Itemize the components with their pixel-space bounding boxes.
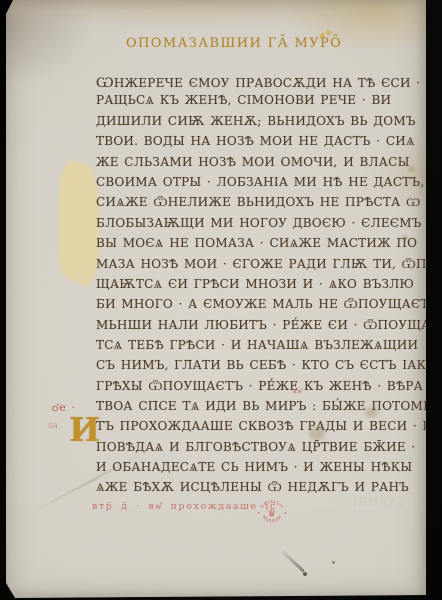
ink-dot bbox=[303, 572, 307, 576]
text-line: ТСѦ ТЕБѢ ГРѢСИ · И НАЧАШѦ ВЪЗЛЕЖѦЩИИ bbox=[96, 338, 408, 358]
speck bbox=[332, 561, 335, 564]
glue-stain bbox=[58, 160, 100, 288]
gilded-initial-letter: И bbox=[69, 413, 100, 446]
parchment-leaf: ОПОМАЗАВШИИ ГА̄ МУРО̑ ѠНЖЕРЕЧЕ ЄМОУ ПРАВ… bbox=[6, 0, 426, 598]
text-line: ГРѢХЫ ѾПОУЩАЄТЪ · РЕ́ЖЕ КЪ ЖЕНѢ · ВѢРА bbox=[96, 379, 408, 399]
chapter-heading: ОПОМАЗАВШИИ ГА̄ МУРО̑ bbox=[126, 36, 342, 51]
crown-icon: ♛ bbox=[267, 509, 277, 520]
ink-pen-trial bbox=[281, 550, 305, 573]
lection-end-gloss: кѡ̑ bbox=[293, 387, 302, 395]
text-line: БЛОБЫЗАѬЩИ МИ НОГОУ ДВОЄЮ · ЄЛЕЄМЪ ГЛА bbox=[96, 216, 408, 236]
text-line: МЬНШИ НАЛИ ЛЮБИТЪ · РЕ́ЖЕ ЄИ · ѾПОУЩАѬ bbox=[96, 318, 408, 338]
lection-rubric: втр̄ д̄ · вѡ̑ прохождааше іс̄ bbox=[92, 501, 277, 512]
text-line: ТЪ ПРОХОЖДААШЕ СКВОЗѢ ГРАДЫ И ВЕСИ · ПРО bbox=[96, 419, 408, 439]
text-line: СЪ НИМЪ, ГЛ̄АТИ ВЬ СЕБѢ · КТО СЪ ЄСТЪ ІА… bbox=[96, 358, 408, 378]
text-line: БИ МНОГО · А ЄМОУЖЕ МАЛЬ НЕ ѾПОУЩАЄТСѦ bbox=[96, 297, 408, 317]
text-line: ДИШИЛИ СИѬ ЖЕНѪ; ВЬНИДОХЪ ВЬ ДОМЪ bbox=[96, 114, 408, 134]
text-line: МАЗА НОЗѢ МОИ · ЄГОЖЕ РАДИ ГЛ̄Ѭ ТИ, ѾПОУ bbox=[96, 257, 408, 277]
text-line: СВОИМА ОТРЫ · ЛОБЗАНІА МИ НѢ НЕ ДАСТЪ, bbox=[96, 175, 408, 195]
text-line: И ОБАНАДЕСѦТЕ СЬ НИМЪ · И ЖЕНЫ НѢКЫ bbox=[96, 460, 408, 480]
text-line: ВЫ МОЄѦ НЕ ПОМАЗА · СИѦЖЕ МАСТИЖ ПО bbox=[96, 236, 408, 256]
canon-number-margin: ѕа bbox=[48, 421, 58, 431]
text-line: ТВОА СП̄СЕ ТѦ ИДИ ВЬ МИРЪ : БЫ́ЖЕ ПОТОМЬ bbox=[96, 399, 408, 419]
text-line: СИѦЖЕ ѾНЕЛИЖЕ ВЬНИДОХЪ НЕ ПРѢСТА Ѡ bbox=[96, 195, 408, 215]
ghost-bleedthrough-text: ѦХЅИНІ bbox=[352, 496, 405, 509]
text-line: ѠНЖЕРЕЧЕ ЄМОУ ПРАВОСѪДИ НА ТѢ ЄСИ · ИѠБ bbox=[96, 73, 408, 93]
manuscript-photo: ОПОМАЗАВШИИ ГА̄ МУРО̑ ѠНЖЕРЕЧЕ ЄМОУ ПРАВ… bbox=[0, 0, 442, 600]
text-line: ТВОИ. ВОДЫ НА НОЗѢ МОИ НЕ ДАСТЪ · СИѦ bbox=[96, 134, 408, 154]
text-line: ЖЕ СЛЬЗАМИ НОЗѢ МОИ ОМОЧИ, И ВЛАСЫ bbox=[96, 155, 408, 175]
british-museum-stamp: BRITISH MUSEUM ♛ bbox=[257, 498, 287, 528]
text-line: ПОВѢДАѦ И БЛ̄ГОВѢСТВОУѦ ЦР̄ТВИЕ БЖ̄ИЕ · bbox=[96, 440, 408, 460]
text-line: РАЩЬСѦ КЪ ЖЕНѢ, СІМОНОВИ РЕЧЕ · ВИ bbox=[96, 93, 408, 113]
text-line: ЩАѬТСѦ ЄИ ГРѢСИ МНОЗИ И · ѦКО ВЪЗЛЮ bbox=[96, 277, 408, 297]
